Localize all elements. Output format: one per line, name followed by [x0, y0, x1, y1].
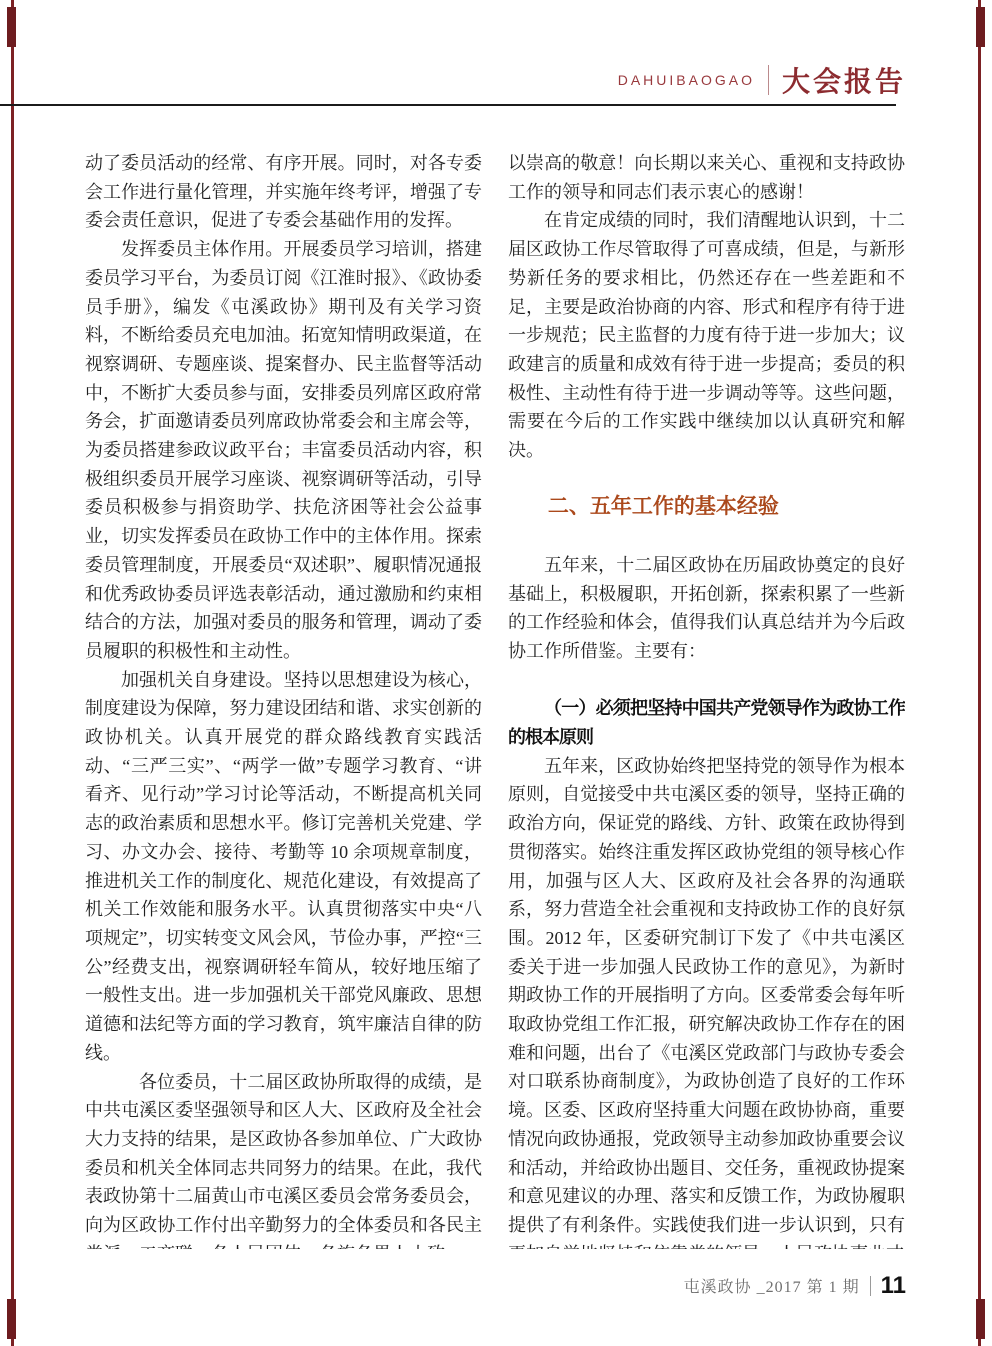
paragraph: 各位委员，十二届区政协所取得的成绩，是中共屯溪区委坚强领导和区人大、区政府及全社… — [85, 1068, 482, 1250]
paragraph: 加强机关自身建设。坚持以思想建设为核心，制度建设为保障，努力建设团结和谐、求实创… — [85, 666, 482, 1068]
section-heading: 二、五年工作的基本经验 — [508, 493, 905, 522]
crop-mark-top-left — [7, 7, 16, 47]
paragraph: 在肯定成绩的同时，我们清醒地认识到，十二届区政协工作尽管取得了可喜成绩，但是，与… — [508, 206, 905, 464]
paragraph: 五年来，十二届区政协在历届政协奠定的良好基础上，积极履职，开拓创新，探索积累了一… — [508, 551, 905, 666]
paragraph: 动了委员活动的经常、有序开展。同时，对各专委会工作进行量化管理，并实施年终考评，… — [85, 149, 482, 235]
page-footer: 屯溪政协 _2017 第 1 期 11 — [684, 1274, 906, 1297]
page-header: DAHUIBAOGAO 大会报告 — [618, 60, 906, 100]
page-title: 大会报告 — [782, 60, 906, 100]
page-edge-mark-left — [11, 0, 14, 1346]
paragraph: 发挥委员主体作用。开展委员学习培训，搭建委员学习平台，为委员订阅《江淮时报》、《… — [85, 235, 482, 666]
subsection-heading: （一）必须把坚持中国共产党领导作为政协工作的根本原则 — [508, 694, 905, 751]
crop-mark-bottom-right — [976, 1299, 985, 1339]
column-left: 动了委员活动的经常、有序开展。同时，对各专委会工作进行量化管理，并实施年终考评，… — [85, 149, 482, 1249]
article-body: 动了委员活动的经常、有序开展。同时，对各专委会工作进行量化管理，并实施年终考评，… — [85, 149, 905, 1249]
crop-mark-top-right — [976, 7, 985, 47]
journal-issue-label: 屯溪政协 _2017 第 1 期 — [684, 1274, 860, 1297]
page-edge-mark-right — [978, 0, 981, 1346]
column-right: 以崇高的敬意！向长期以来关心、重视和支持政协工作的领导和同志们表示衷心的感谢！ … — [508, 149, 905, 1249]
page-number: 11 — [881, 1276, 906, 1296]
paragraph: 五年来，区政协始终把坚持党的领导作为根本原则，自觉接受中共屯溪区委的领导，坚持正… — [508, 752, 905, 1249]
paragraph: 以崇高的敬意！向长期以来关心、重视和支持政协工作的领导和同志们表示衷心的感谢！ — [508, 149, 905, 206]
header-separator — [768, 65, 769, 95]
header-rule — [0, 104, 896, 106]
header-eyebrow: DAHUIBAOGAO — [618, 72, 755, 88]
footer-separator — [870, 1276, 871, 1296]
crop-mark-bottom-left — [7, 1299, 16, 1339]
magazine-page: { "header": { "eyebrow": "DAHUIBAOGAO", … — [0, 0, 992, 1346]
